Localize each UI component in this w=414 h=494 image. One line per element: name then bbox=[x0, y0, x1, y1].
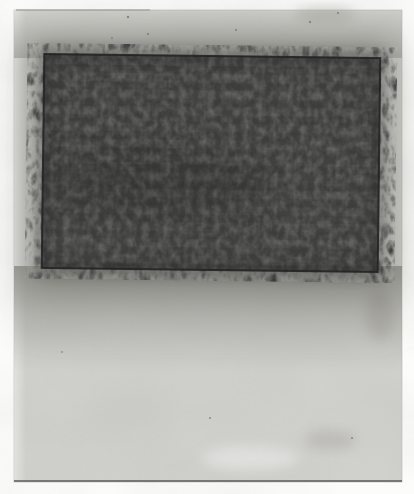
speckle-dot bbox=[309, 21, 311, 23]
speckle-dot bbox=[209, 417, 211, 419]
artwork-photo bbox=[0, 0, 414, 494]
stain-soft bbox=[80, 392, 160, 428]
flag-rectangle bbox=[42, 54, 381, 272]
top-edge-blotch bbox=[295, 7, 355, 23]
speckle-dot bbox=[127, 16, 129, 18]
speckle-dot bbox=[235, 29, 237, 31]
speckle-dot bbox=[111, 37, 113, 39]
speckle-dot bbox=[147, 33, 149, 35]
speckle-dot bbox=[61, 351, 63, 353]
speckle-dot bbox=[351, 437, 353, 439]
artwork-canvas bbox=[0, 0, 414, 494]
speckle-dot bbox=[337, 12, 339, 14]
stain-light bbox=[202, 446, 298, 470]
stain-dark bbox=[366, 289, 394, 341]
stain-dark bbox=[304, 430, 356, 450]
below-flag-smudge bbox=[14, 266, 402, 372]
